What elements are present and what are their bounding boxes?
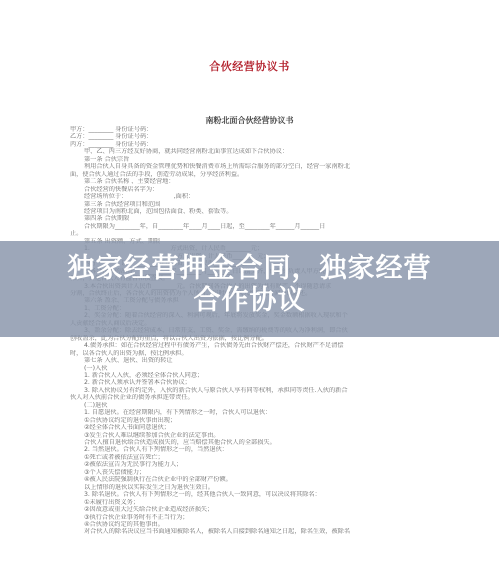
document-line: 以上情形的退伙以实际发生之日为退伙生效日。	[70, 484, 440, 491]
document-line: 丙方：________ 身份证号码：	[70, 141, 440, 148]
document-line: 第四条 合伙期限	[70, 215, 440, 222]
overlay-title-line-1: 独家经营押金合同，独家经营	[0, 252, 499, 286]
document-line: 乙方：________ 身份证号码：	[70, 133, 440, 140]
document-line: ①死亡或者被依法宣告死亡；	[70, 454, 440, 461]
document-line: 2. 当然退伙。合伙人有下列情形之一的，当然退伙：	[70, 446, 440, 453]
document-line: 第七条 入伙、退伙、出资的转让	[70, 357, 440, 364]
document-line: ③执行合伙企业事务时有不正当行为；	[70, 514, 440, 521]
document-line: ④被人民法院强制执行在合伙企业中的全部财产份额。	[70, 476, 440, 483]
document-line: 经营场所位于： ,面积：	[70, 193, 440, 200]
document-line: 合伙经营的快餐店名字为：	[70, 186, 440, 193]
overlay-title-line-2: 合作协议	[0, 284, 499, 318]
document-line: 合伙人擅自退伙给合伙造成损失的，应当赔偿其他合伙人的全部损失。	[70, 439, 440, 446]
document-title: 南粉北面合伙经营协议书	[0, 115, 499, 126]
document-line: 面，使合伙人通过合法的手段，创造劳动成果，分享经济利益。	[70, 171, 440, 178]
document-line: 甲方：________ 身份证号码：	[70, 126, 440, 133]
document-line: 对合伙人的除名决议应当书面通知被除名人，被除名人自接到除名通知之日起，除名生效，…	[70, 528, 440, 535]
document-line: ③发生合伙人难以继续参加合伙企业的法定事由。	[70, 432, 440, 439]
document-line: ④合伙协议约定的其他事由。	[70, 521, 440, 528]
document-line: ①未履行出资义务；	[70, 499, 440, 506]
document-line: 时，以各合伙人的出资为据，按比例承担。	[70, 350, 440, 357]
document-line: 1. 新合伙人入伙，必须经全体合伙人同意；	[70, 372, 440, 379]
document-line: 2. 新合伙人须承认并签署本合伙协议；	[70, 379, 440, 386]
document-line: 3. 除入伙协议另有约定外，入伙的新合伙人与原合伙人享有同等权利，承担同等责任.…	[70, 387, 440, 394]
document-line: 第一条 合伙宗旨	[70, 156, 440, 163]
document-line: ③个人丧失偿债能力；	[70, 469, 440, 476]
document-line: ②经全体合伙人书面同意退伙；	[70, 424, 440, 431]
document-line: 4.债务承担：如在合伙经营过程中有债务产生，合伙债务先由合伙财产偿还，合伙财产不…	[70, 342, 440, 349]
document-line: 3. 除名退伙。合伙人有下列情形之一的，经其他合伙人一致同意，可以决议将其除名：	[70, 491, 440, 498]
document-line: ②因故意或重大过失给合伙企业造成经济损失；	[70, 506, 440, 513]
cover-title: 合伙经营协议书	[0, 58, 499, 74]
document-line: (一)入伙	[70, 365, 440, 372]
document-line: 第三条 合伙经营项目和范围	[70, 201, 440, 208]
document-line: ②被依法宣告为无民事行为能力人；	[70, 461, 440, 468]
document-line: 经营项目为南粉北面，范围包括面食、粉类、套饭等。	[70, 208, 440, 215]
document-line: 甲、乙、丙三方经友好协商，就共同经营南粉北面事宜达成如下合伙协议：	[70, 148, 440, 155]
document-line: 1. 自愿退伙。在经营期限内，有下列情形之一时，合伙人可以退伙：	[70, 409, 440, 416]
document-line: 止。	[70, 230, 440, 237]
document-line: 合伙期限为________年，自________年____月____日起，至__…	[70, 223, 440, 230]
document-line: (二)退伙	[70, 402, 440, 409]
document-line: 利用合伙人自身具备的资金管理优势和快餐消费市场上所需综合服务的部分空白，经营一家…	[70, 163, 440, 170]
document-line: ①合伙协议约定的退伙事由出现；	[70, 417, 440, 424]
document-line: 第二条 合伙名称 、主要经营地：	[70, 178, 440, 185]
document-line: 伙人对入伙前合伙企业的债务承担连带责任。	[70, 394, 440, 401]
